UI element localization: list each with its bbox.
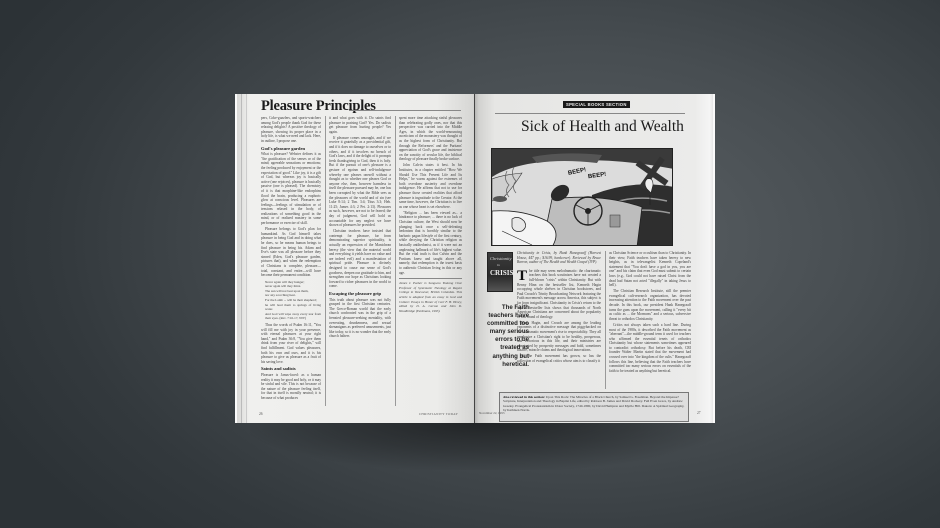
- section-heading: Escaping the pleasure grip: [329, 292, 391, 297]
- running-footer: CHRISTIANITY TODAY: [419, 412, 458, 416]
- paragraph: Pleasure belongs to God's plan for human…: [261, 227, 321, 278]
- scripture-quote: Never again will they hunger; never agai…: [265, 280, 321, 321]
- paragraph: The Christian Research Institute, still …: [609, 289, 691, 321]
- page-number: 27: [697, 411, 701, 415]
- paragraph: Hinn, Hagin, and Crouch are among the le…: [517, 321, 601, 353]
- open-magazine: Pleasure Principles pers, Coke-guzzlers,…: [235, 94, 715, 423]
- right-column-2: as Christian Science or occultism than t…: [609, 251, 691, 389]
- paragraph: as Christian Science or occultism than t…: [609, 251, 691, 288]
- paragraph: What is pleasure? Webster defines it as …: [261, 152, 321, 226]
- paragraph: "Religion ... has been viewed as... a hi…: [399, 211, 462, 275]
- paragraph: it and what goes with it. Do saints find…: [329, 116, 391, 134]
- article-title: Sick of Health and Wealth: [521, 118, 684, 136]
- left-column-1: pers, Coke-guzzlers, and sports-watchers…: [261, 116, 321, 408]
- verse-line: For the Lamb ... will be their shepherd;: [265, 298, 321, 303]
- editorial-cartoon: BEEP! BEEP!: [491, 148, 673, 246]
- magazine-shadow: [250, 420, 720, 470]
- paragraph: This truth about pleasure was not fully …: [329, 298, 391, 339]
- right-page: SPECIAL BOOKS SECTION Sick of Health and…: [475, 94, 715, 423]
- paragraph: As the Faith movement has grown, so has …: [517, 354, 601, 363]
- paragraph: John Calvin states it best. In his Insti…: [399, 163, 462, 209]
- cover-title-main: CRISIS: [490, 269, 513, 277]
- paragraph: If pleasure comes unsought, and if we re…: [329, 136, 391, 228]
- page-number: 26: [259, 412, 263, 416]
- left-page: Pleasure Principles pers, Coke-guzzlers,…: [235, 94, 475, 423]
- section-label: SPECIAL BOOKS SECTION: [563, 101, 630, 108]
- column-divider: [605, 251, 606, 389]
- car-cartoon-illustration: [492, 149, 673, 246]
- paragraph: pers, Coke-guzzlers, and sports-watchers…: [261, 116, 321, 144]
- author-bio: James I. Packer is Sangwoo Youtong Chee …: [399, 278, 462, 313]
- cover-title-top: Christianity: [490, 256, 512, 261]
- cover-title-prefix: in: [497, 263, 500, 267]
- footer-date: November 22, 1993: [479, 411, 504, 415]
- paragraph: Pleasure is Janus-faced: as a human real…: [261, 373, 321, 401]
- book-citation: Christianity in Crisis, by Hank Hanegraa…: [517, 251, 601, 265]
- section-heading: God's pleasure garden: [261, 147, 321, 152]
- also-reviewed-lead: Also reviewed in this section:: [503, 395, 545, 399]
- also-reviewed-box: Also reviewed in this section: Upon This…: [499, 392, 689, 422]
- verse-line: And God will wipe away every tear from t…: [265, 312, 321, 321]
- left-column-2: it and what goes with it. Do saints find…: [329, 116, 391, 408]
- section-heading: Saints and sadists: [261, 367, 321, 372]
- paragraph: he title may seem melodramatic: the char…: [517, 269, 601, 319]
- paragraph: Christian teachers have insisted that co…: [329, 229, 391, 289]
- paragraph: Critics not always taken such a hard lin…: [609, 323, 691, 374]
- column-divider: [395, 116, 396, 406]
- drop-cap: T: [517, 270, 527, 282]
- title-rule: [349, 110, 461, 111]
- paragraph: Thus the words of Psalm 16:11, "You will…: [261, 323, 321, 364]
- verse-line: he will lead them to springs of living w…: [265, 303, 321, 312]
- right-column-1: Christianity in Crisis, by Hank Hanegraa…: [517, 251, 601, 389]
- header-rule: [495, 113, 685, 114]
- paragraph: spent more time attacking sinful pleasur…: [399, 116, 462, 162]
- column-divider: [325, 116, 326, 406]
- article-title: Pleasure Principles: [261, 98, 376, 115]
- left-column-3: spent more time attacking sinful pleasur…: [399, 116, 462, 408]
- page-edges: [241, 94, 247, 423]
- book-cover-thumbnail: Christianity in CRISIS: [487, 252, 513, 292]
